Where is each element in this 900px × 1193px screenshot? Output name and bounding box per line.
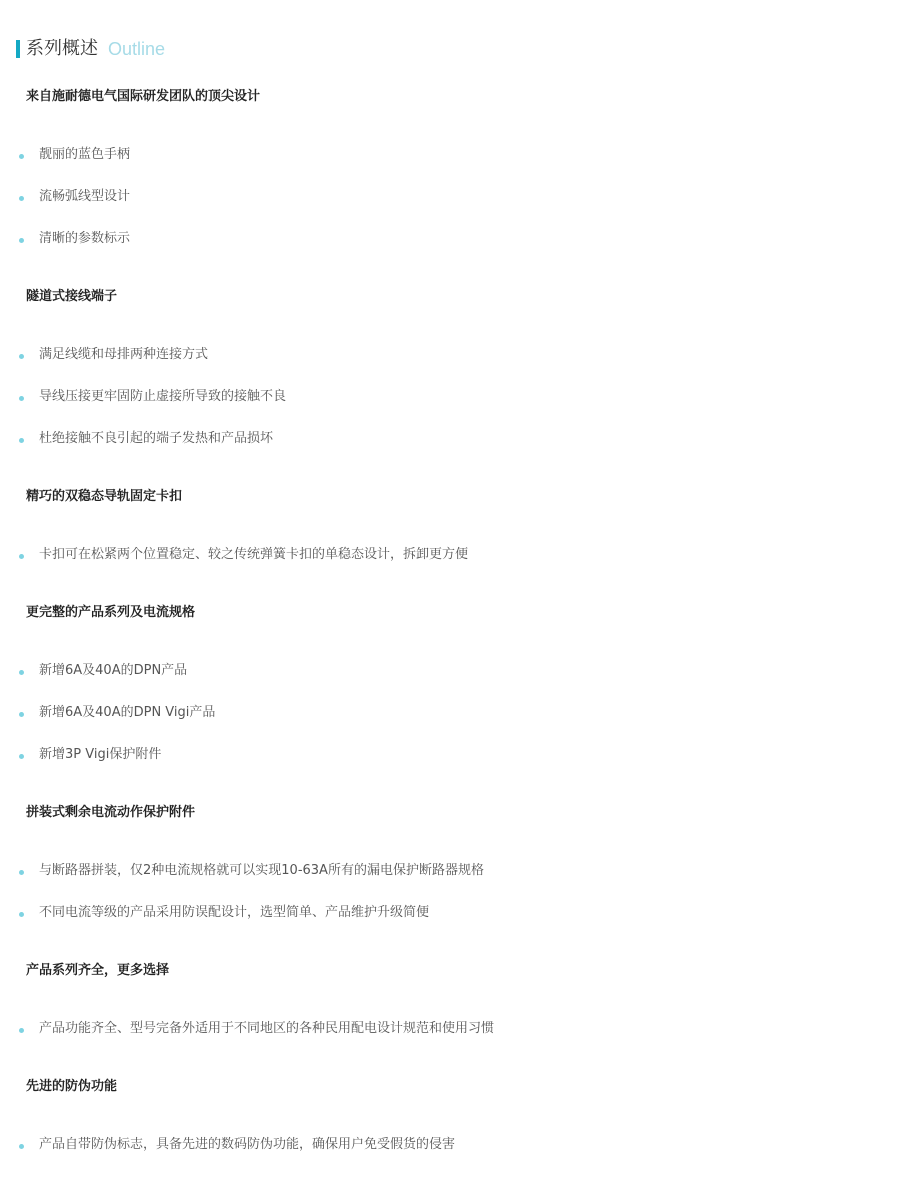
list-item: 靓丽的蓝色手柄 bbox=[18, 146, 130, 164]
bullet-dot-icon bbox=[19, 154, 24, 159]
bullet-dot-icon bbox=[19, 670, 24, 675]
section-heading: 精巧的双稳态导轨固定卡扣 bbox=[26, 488, 182, 506]
bullet-dot-icon bbox=[19, 196, 24, 201]
list-item: 产品功能齐全、型号完备外适用于不同地区的各种民用配电设计规范和使用习惯 bbox=[18, 1020, 494, 1038]
section-heading: 拼装式剩余电流动作保护附件 bbox=[26, 804, 195, 822]
bullet-dot-icon bbox=[19, 354, 24, 359]
title-chinese: 系列概述 bbox=[26, 37, 98, 61]
section-heading: 隧道式接线端子 bbox=[26, 288, 117, 306]
bullet-dot-icon bbox=[19, 438, 24, 443]
bullet-dot-icon bbox=[19, 554, 24, 559]
list-item: 满足线缆和母排两种连接方式 bbox=[18, 346, 208, 364]
section-title: 系列概述 Outline bbox=[16, 37, 165, 61]
bullet-dot-icon bbox=[19, 1028, 24, 1033]
list-item: 清晰的参数标示 bbox=[18, 230, 130, 248]
section-heading: 产品系列齐全，更多选择 bbox=[26, 962, 169, 980]
list-item: 不同电流等级的产品采用防误配设计，选型简单、产品维护升级简便 bbox=[18, 904, 429, 922]
list-item: 新增6A及40A的DPN Vigi产品 bbox=[18, 704, 215, 722]
title-accent-bar bbox=[16, 40, 20, 58]
section-heading: 来自施耐德电气国际研发团队的顶尖设计 bbox=[26, 88, 260, 106]
list-item: 新增6A及40A的DPN产品 bbox=[18, 662, 187, 680]
list-item: 卡扣可在松紧两个位置稳定、较之传统弹簧卡扣的单稳态设计，拆卸更方便 bbox=[18, 546, 468, 564]
bullet-dot-icon bbox=[19, 396, 24, 401]
bullet-dot-icon bbox=[19, 238, 24, 243]
bullet-dot-icon bbox=[19, 754, 24, 759]
list-item: 产品自带防伪标志，具备先进的数码防伪功能，确保用户免受假货的侵害 bbox=[18, 1136, 455, 1154]
title-english: Outline bbox=[108, 37, 165, 61]
list-item: 与断路器拼装，仅2种电流规格就可以实现10-63A所有的漏电保护断路器规格 bbox=[18, 862, 484, 880]
bullet-dot-icon bbox=[19, 712, 24, 717]
section-heading: 更完整的产品系列及电流规格 bbox=[26, 604, 195, 622]
bullet-dot-icon bbox=[19, 870, 24, 875]
list-item: 流畅弧线型设计 bbox=[18, 188, 130, 206]
list-item: 导线压接更牢固防止虚接所导致的接触不良 bbox=[18, 388, 286, 406]
list-item: 杜绝接触不良引起的端子发热和产品损坏 bbox=[18, 430, 273, 448]
bullet-dot-icon bbox=[19, 1144, 24, 1149]
list-item: 新增3P Vigi保护附件 bbox=[18, 746, 161, 764]
bullet-dot-icon bbox=[19, 912, 24, 917]
section-heading: 先进的防伪功能 bbox=[26, 1078, 117, 1096]
